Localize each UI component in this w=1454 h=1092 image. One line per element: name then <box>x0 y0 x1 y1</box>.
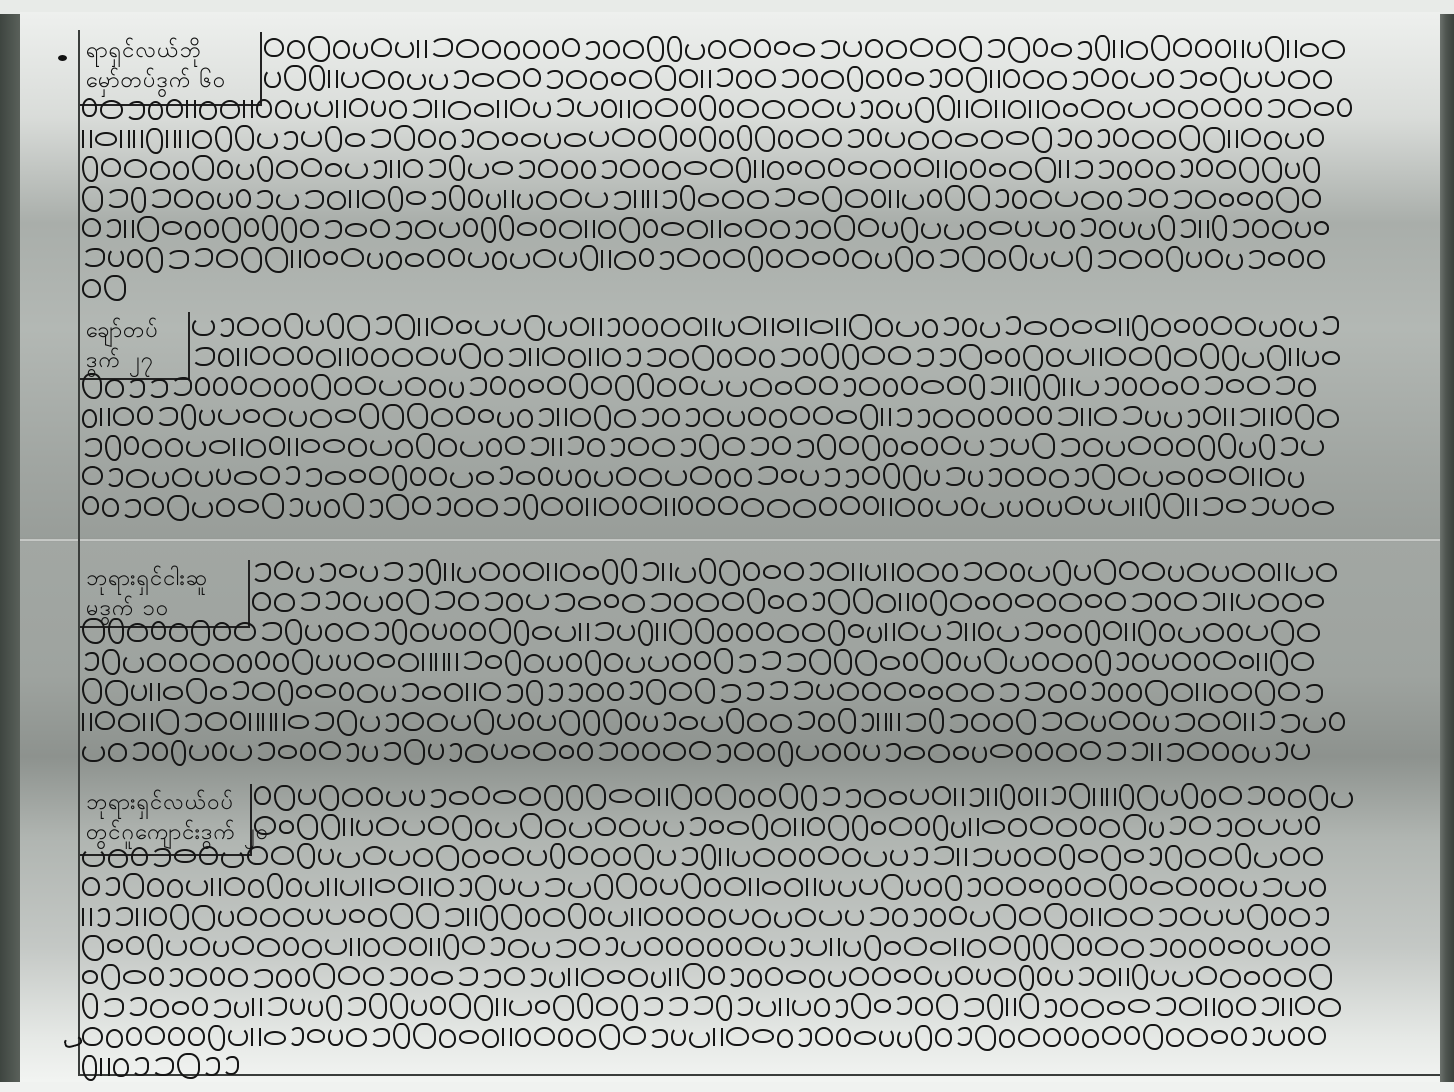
script-glyph <box>1010 653 1029 672</box>
script-glyph <box>1030 250 1048 269</box>
script-glyph <box>520 813 542 839</box>
script-glyph <box>1005 468 1024 487</box>
section-mark-glyph <box>136 908 146 926</box>
script-glyph <box>221 849 244 868</box>
script-glyph <box>828 968 846 987</box>
script-glyph <box>1262 157 1282 183</box>
script-glyph <box>211 999 231 1018</box>
script-glyph <box>1082 1029 1099 1048</box>
script-glyph <box>281 217 297 243</box>
script-glyph <box>945 185 965 211</box>
section-mark-glyph <box>243 100 253 118</box>
script-glyph <box>921 437 938 456</box>
script-glyph <box>681 98 696 117</box>
script-glyph <box>596 997 618 1016</box>
script-glyph <box>778 848 796 867</box>
script-glyph <box>968 185 990 211</box>
script-glyph <box>625 712 640 731</box>
script-glyph <box>461 651 482 670</box>
text-line <box>82 677 1380 707</box>
script-glyph <box>168 1027 185 1046</box>
script-glyph <box>257 938 280 957</box>
script-glyph <box>1032 127 1052 153</box>
section-mark-glyph <box>579 623 589 641</box>
script-glyph <box>468 249 489 268</box>
script-glyph <box>729 39 751 58</box>
script-glyph <box>641 997 663 1016</box>
script-glyph <box>679 376 698 395</box>
script-glyph <box>577 993 593 1019</box>
script-glyph <box>1162 381 1178 395</box>
script-glyph <box>449 993 471 1019</box>
script-glyph <box>556 467 572 486</box>
script-glyph <box>930 908 946 927</box>
script-glyph <box>1200 592 1220 611</box>
bottom-margin-rule <box>78 1074 1440 1076</box>
script-glyph <box>586 784 606 810</box>
script-glyph <box>504 41 520 60</box>
script-glyph <box>1119 561 1139 580</box>
script-glyph <box>257 130 278 149</box>
script-glyph <box>1128 999 1150 1013</box>
script-glyph <box>415 220 436 239</box>
script-glyph <box>1258 816 1280 835</box>
script-glyph <box>680 185 695 211</box>
script-glyph <box>322 220 342 239</box>
script-glyph <box>1132 653 1149 672</box>
script-glyph <box>516 471 535 485</box>
script-glyph <box>528 968 546 987</box>
script-glyph <box>1226 379 1244 393</box>
script-glyph <box>410 623 429 642</box>
script-glyph <box>1161 787 1178 806</box>
script-glyph <box>368 129 391 148</box>
script-glyph <box>621 938 641 957</box>
script-glyph <box>149 189 171 208</box>
script-glyph <box>490 376 506 395</box>
script-glyph <box>615 375 634 401</box>
script-glyph <box>714 648 733 674</box>
script-glyph <box>386 494 409 520</box>
script-glyph <box>561 160 578 179</box>
script-glyph <box>1081 99 1104 118</box>
script-glyph <box>714 68 733 87</box>
script-glyph <box>695 618 714 644</box>
script-glyph <box>553 995 574 1021</box>
script-glyph <box>208 1025 225 1051</box>
script-glyph <box>262 493 284 519</box>
section-mark-glyph <box>987 788 997 806</box>
script-glyph <box>518 712 534 731</box>
text-line <box>82 402 1380 432</box>
script-glyph <box>474 103 494 117</box>
script-glyph <box>903 652 918 671</box>
script-glyph <box>901 376 918 395</box>
script-glyph <box>988 250 1006 269</box>
script-glyph <box>881 874 903 900</box>
script-glyph <box>126 469 149 488</box>
script-glyph <box>719 130 734 149</box>
script-glyph <box>679 847 698 866</box>
script-glyph <box>594 468 613 487</box>
script-glyph <box>1101 845 1121 871</box>
script-glyph <box>231 376 247 395</box>
script-glyph <box>1211 1030 1228 1044</box>
script-glyph <box>894 408 912 427</box>
script-glyph <box>604 594 619 608</box>
script-glyph <box>264 38 284 57</box>
script-glyph <box>1219 193 1234 207</box>
script-glyph <box>867 624 882 643</box>
script-glyph <box>269 436 285 455</box>
script-glyph <box>585 189 608 208</box>
script-glyph <box>534 1027 555 1046</box>
script-glyph <box>343 592 361 611</box>
script-glyph <box>1223 711 1241 730</box>
script-glyph <box>809 649 831 675</box>
script-glyph <box>1198 435 1215 461</box>
script-glyph <box>968 468 983 487</box>
script-glyph <box>956 409 975 428</box>
script-glyph <box>566 683 583 702</box>
script-glyph <box>695 787 712 806</box>
script-glyph <box>1316 563 1337 582</box>
script-glyph <box>729 906 749 925</box>
script-glyph <box>921 220 941 239</box>
script-glyph <box>1118 467 1140 486</box>
script-glyph <box>1187 1028 1208 1047</box>
script-glyph <box>1096 160 1114 179</box>
script-glyph <box>589 128 609 147</box>
text-line <box>252 587 1380 617</box>
script-glyph <box>1003 316 1021 335</box>
script-glyph <box>745 219 767 238</box>
script-glyph <box>1023 70 1044 89</box>
script-glyph <box>1263 968 1281 987</box>
script-glyph <box>849 314 872 340</box>
script-glyph <box>675 564 696 583</box>
script-glyph <box>381 683 396 702</box>
script-glyph <box>763 565 781 579</box>
script-glyph <box>1107 1001 1125 1015</box>
script-glyph <box>281 131 298 150</box>
script-glyph <box>1174 348 1197 367</box>
script-glyph <box>594 874 613 900</box>
script-glyph <box>343 493 364 519</box>
script-glyph <box>312 712 334 731</box>
section-mark-glyph <box>830 938 840 956</box>
script-glyph <box>340 877 359 896</box>
script-glyph <box>883 378 898 397</box>
background-bottom-edge <box>0 1082 1454 1092</box>
script-glyph <box>349 469 366 483</box>
script-glyph <box>132 1057 149 1076</box>
script-glyph <box>431 316 453 335</box>
script-glyph <box>1149 819 1164 838</box>
script-glyph <box>1258 563 1275 582</box>
script-glyph <box>274 561 293 580</box>
script-glyph <box>810 592 825 611</box>
script-glyph <box>538 467 553 486</box>
script-glyph <box>362 190 385 209</box>
script-glyph <box>1284 968 1306 987</box>
script-glyph <box>581 968 604 987</box>
script-glyph <box>1070 681 1086 700</box>
script-glyph <box>353 40 368 59</box>
script-glyph <box>652 438 675 457</box>
section-mark-glyph <box>658 788 668 806</box>
script-glyph <box>1132 130 1154 149</box>
script-glyph <box>769 409 787 428</box>
script-glyph <box>942 563 958 582</box>
script-glyph <box>472 786 490 805</box>
script-glyph <box>472 73 494 87</box>
script-glyph <box>1241 128 1261 147</box>
script-glyph <box>1320 316 1339 335</box>
script-glyph <box>1202 376 1223 395</box>
script-glyph <box>319 741 341 760</box>
script-glyph <box>809 969 825 988</box>
section-mark-glyph <box>100 1058 110 1076</box>
script-glyph <box>1034 847 1056 866</box>
script-glyph <box>230 681 249 700</box>
script-glyph <box>1124 849 1144 863</box>
script-glyph <box>265 997 287 1016</box>
script-glyph <box>759 651 781 670</box>
script-glyph <box>393 1023 410 1049</box>
text-line <box>82 432 1380 462</box>
script-glyph <box>156 709 179 735</box>
script-glyph <box>1046 348 1064 367</box>
script-glyph <box>1195 190 1216 209</box>
script-glyph <box>1174 592 1197 611</box>
script-glyph <box>559 710 580 736</box>
script-glyph <box>1008 100 1026 119</box>
section-mark-glyph <box>647 190 657 208</box>
script-glyph <box>449 155 465 181</box>
script-glyph <box>580 245 598 271</box>
script-glyph <box>1156 161 1175 180</box>
script-glyph <box>669 349 689 368</box>
script-glyph <box>651 969 666 988</box>
script-glyph <box>603 937 618 956</box>
section-mark-glyph <box>1092 348 1102 366</box>
script-glyph <box>199 101 217 120</box>
script-glyph <box>1151 35 1170 61</box>
script-glyph <box>848 161 867 175</box>
script-glyph <box>1037 593 1056 612</box>
script-glyph <box>167 968 183 987</box>
script-glyph <box>324 499 340 518</box>
script-glyph <box>386 251 402 270</box>
script-glyph <box>778 348 800 367</box>
script-glyph <box>696 593 719 612</box>
script-glyph <box>1311 937 1330 956</box>
script-glyph <box>252 682 275 701</box>
script-glyph <box>876 100 893 119</box>
script-glyph <box>756 622 774 641</box>
script-glyph <box>1094 559 1116 585</box>
script-glyph <box>148 379 168 398</box>
script-glyph <box>988 376 1008 395</box>
script-glyph <box>162 221 182 235</box>
script-glyph <box>152 1057 174 1076</box>
script-glyph <box>1092 464 1115 490</box>
script-glyph <box>811 220 831 239</box>
section-mark-glyph <box>466 683 476 701</box>
script-glyph <box>409 937 427 956</box>
script-glyph <box>1193 317 1208 336</box>
section-mark-glyph <box>422 653 432 671</box>
script-glyph <box>314 98 333 117</box>
script-glyph <box>982 820 1005 834</box>
script-glyph <box>369 466 389 485</box>
section-mark-glyph <box>430 938 440 956</box>
script-glyph <box>1236 997 1256 1016</box>
script-glyph <box>416 903 439 929</box>
script-glyph <box>370 437 392 456</box>
section-mark-glyph <box>504 190 514 208</box>
script-glyph <box>273 653 289 672</box>
script-glyph <box>828 589 850 615</box>
script-glyph <box>1114 652 1129 671</box>
script-glyph <box>82 652 99 671</box>
script-glyph <box>186 877 208 896</box>
script-glyph <box>497 70 520 89</box>
script-glyph <box>489 618 511 644</box>
script-glyph <box>146 128 163 154</box>
script-glyph <box>371 160 387 179</box>
script-glyph <box>1138 620 1156 646</box>
script-glyph <box>402 817 425 836</box>
script-glyph <box>371 348 389 367</box>
script-glyph <box>192 130 212 149</box>
script-glyph <box>482 592 503 611</box>
script-glyph <box>590 71 608 90</box>
script-glyph <box>1019 965 1034 991</box>
script-glyph <box>1331 789 1353 808</box>
script-glyph <box>463 218 478 237</box>
script-glyph <box>430 996 446 1015</box>
script-glyph <box>993 713 1013 732</box>
script-glyph <box>1260 878 1282 897</box>
script-glyph <box>1189 816 1211 835</box>
script-glyph <box>1174 319 1190 333</box>
script-glyph <box>1222 345 1239 371</box>
script-glyph <box>629 70 652 89</box>
script-glyph <box>885 129 905 148</box>
script-glyph <box>192 997 208 1016</box>
script-glyph <box>1280 847 1300 866</box>
script-glyph <box>1153 997 1176 1016</box>
script-glyph <box>554 98 574 117</box>
section-mark-glyph <box>954 788 964 806</box>
script-glyph <box>527 847 547 866</box>
left-margin-rule <box>78 30 80 1075</box>
section-mark-glyph <box>444 563 454 581</box>
script-glyph <box>1011 436 1029 455</box>
script-glyph <box>915 1025 932 1051</box>
script-glyph <box>274 593 295 612</box>
section-mark-glyph <box>1119 318 1129 336</box>
script-glyph <box>1244 971 1260 985</box>
section-mark-glyph <box>882 498 892 516</box>
script-glyph <box>283 937 299 956</box>
script-glyph <box>364 593 383 612</box>
script-glyph <box>768 595 784 609</box>
script-glyph <box>917 563 939 582</box>
script-glyph <box>237 317 259 336</box>
script-glyph <box>796 1028 812 1047</box>
script-glyph <box>430 38 453 57</box>
script-glyph <box>467 377 487 396</box>
script-glyph <box>481 217 496 243</box>
script-glyph <box>559 220 582 239</box>
script-glyph <box>544 70 563 89</box>
script-glyph <box>619 217 640 243</box>
script-glyph <box>1008 37 1030 63</box>
script-glyph <box>1218 999 1233 1018</box>
script-glyph <box>924 878 942 897</box>
script-glyph <box>509 379 525 398</box>
script-glyph <box>306 317 324 336</box>
script-glyph <box>376 817 399 836</box>
script-glyph <box>1239 157 1259 183</box>
script-glyph <box>880 656 900 670</box>
script-glyph <box>1309 964 1332 990</box>
section-mark-glyph <box>592 318 602 336</box>
script-glyph <box>302 939 322 958</box>
script-glyph <box>502 132 518 146</box>
script-glyph <box>1220 969 1241 988</box>
section-mark-glyph <box>990 70 1000 88</box>
script-glyph <box>297 843 315 869</box>
script-glyph <box>1035 742 1053 761</box>
script-glyph <box>790 406 810 425</box>
section-mark-glyph <box>890 713 900 731</box>
script-glyph <box>1200 878 1215 897</box>
script-glyph <box>1218 433 1236 459</box>
text-line <box>82 94 1380 124</box>
script-glyph <box>327 313 344 339</box>
script-glyph <box>718 318 735 337</box>
script-glyph <box>442 908 464 927</box>
script-glyph <box>406 563 423 582</box>
section-mark-glyph <box>327 878 337 896</box>
script-glyph <box>477 131 499 150</box>
script-glyph <box>123 873 144 899</box>
section-mark-glyph <box>634 190 644 208</box>
script-glyph <box>542 347 565 366</box>
script-glyph <box>997 623 1019 642</box>
script-glyph <box>1272 220 1292 239</box>
script-glyph <box>726 937 742 956</box>
script-glyph <box>566 653 582 672</box>
section-mark-glyph <box>958 100 968 118</box>
script-glyph <box>1107 191 1122 210</box>
text-line <box>82 737 1380 767</box>
script-glyph <box>203 1057 220 1076</box>
script-glyph <box>583 566 599 580</box>
script-glyph <box>275 100 292 119</box>
script-glyph <box>394 125 415 151</box>
script-glyph <box>126 1027 142 1046</box>
script-glyph <box>555 623 576 642</box>
script-glyph <box>1232 563 1255 582</box>
script-glyph <box>1201 789 1216 808</box>
script-glyph <box>1288 789 1306 808</box>
script-glyph <box>959 36 982 62</box>
